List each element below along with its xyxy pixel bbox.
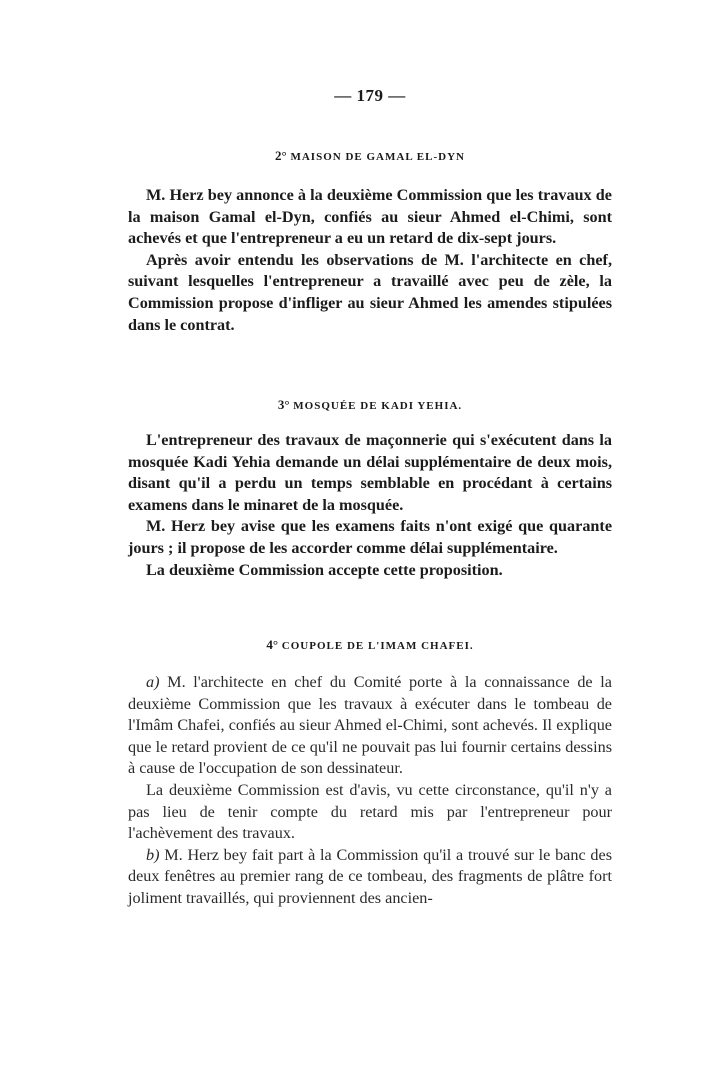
section-number: 2°: [275, 148, 287, 163]
page-number: — 179 —: [128, 86, 612, 106]
section-body-maison-gamal: M. Herz bey annonce à la deuxième Commis…: [128, 185, 612, 336]
paragraph: Après avoir entendu les observations de …: [128, 250, 612, 336]
paragraph-text: M. l'architecte en chef du Comité porte …: [128, 673, 612, 777]
section-heading-maison-gamal: 2° Maison de Gamal el-Dyn: [128, 148, 612, 164]
section-title-text: Coupole de l'Imam Chafei.: [282, 640, 474, 652]
paragraph: La deuxième Commission accepte cette pro…: [128, 560, 612, 582]
paragraph: M. Herz bey annonce à la deuxième Commis…: [128, 185, 612, 250]
paragraph-a: a) M. l'architecte en chef du Comité por…: [128, 672, 612, 780]
section-body-coupole-imam-chafei: a) M. l'architecte en chef du Comité por…: [128, 672, 612, 910]
section-body-mosquee-kadi-yehia: L'entrepreneur des travaux de maçonnerie…: [128, 430, 612, 581]
section-title-text: Mosquée de Kadi Yehia.: [293, 400, 462, 412]
paragraph-marker: b): [146, 846, 159, 864]
section-number: 4°: [266, 637, 278, 652]
paragraph-text: M. Herz bey fait part à la Commission qu…: [128, 846, 612, 907]
section-number: 3°: [278, 397, 290, 412]
section-heading-mosquee-kadi-yehia: 3° Mosquée de Kadi Yehia.: [128, 397, 612, 413]
section-title-text: Maison de Gamal el-Dyn: [290, 151, 464, 163]
paragraph: L'entrepreneur des travaux de maçonnerie…: [128, 430, 612, 516]
paragraph: M. Herz bey avise que les examens faits …: [128, 516, 612, 559]
paragraph-marker: a): [146, 673, 159, 691]
paragraph-b: b) M. Herz bey fait part à la Commission…: [128, 845, 612, 910]
section-heading-coupole-imam-chafei: 4° Coupole de l'Imam Chafei.: [128, 637, 612, 653]
paragraph: La deuxième Commission est d'avis, vu ce…: [128, 780, 612, 845]
